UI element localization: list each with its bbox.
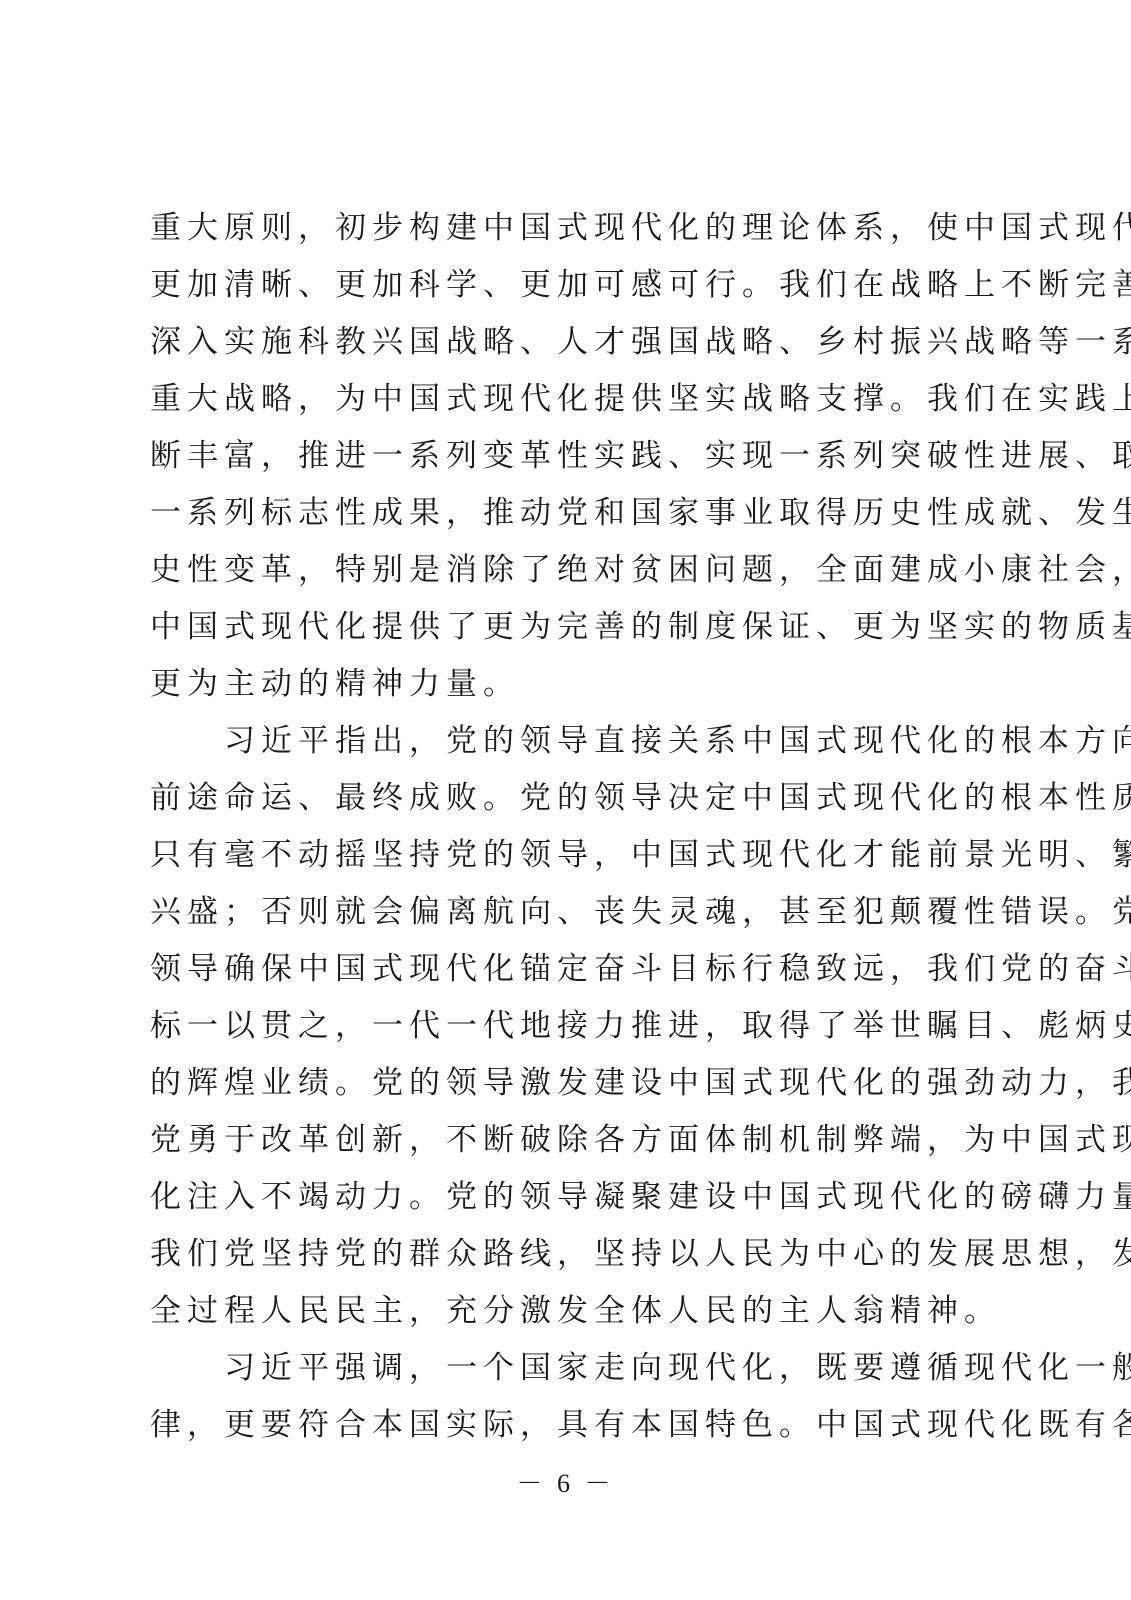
text-line: 更加清晰、更加科学、更加可感可行。我们在战略上不断完善，	[150, 260, 980, 317]
text-line: 习近平强调，一个国家走向现代化，既要遵循现代化一般规	[150, 1343, 980, 1400]
paragraph-1: 重大原则，初步构建中国式现代化的理论体系，使中国式现代化 更加清晰、更加科学、更…	[150, 203, 980, 716]
page-number: － 6 －	[0, 1463, 1131, 1500]
paragraph-3: 习近平强调，一个国家走向现代化，既要遵循现代化一般规 律，更要符合本国实际，具有…	[150, 1343, 980, 1457]
paragraph-2: 习近平指出，党的领导直接关系中国式现代化的根本方向、 前途命运、最终成败。党的领…	[150, 716, 980, 1343]
text-line: 的辉煌业绩。党的领导激发建设中国式现代化的强劲动力，我们	[150, 1058, 980, 1115]
document-page: 重大原则，初步构建中国式现代化的理论体系，使中国式现代化 更加清晰、更加科学、更…	[0, 0, 1131, 1600]
text-line: 化注入不竭动力。党的领导凝聚建设中国式现代化的磅礴力量，	[150, 1172, 980, 1229]
text-line: 标一以贯之，一代一代地接力推进，取得了举世瞩目、彪炳史册	[150, 1001, 980, 1058]
text-line: 重大原则，初步构建中国式现代化的理论体系，使中国式现代化	[150, 203, 980, 260]
text-line: 史性变革，特别是消除了绝对贫困问题，全面建成小康社会，为	[150, 545, 980, 602]
text-line: 断丰富，推进一系列变革性实践、实现一系列突破性进展、取得	[150, 431, 980, 488]
text-line: 全过程人民民主，充分激发全体人民的主人翁精神。	[150, 1286, 980, 1343]
text-line: 前途命运、最终成败。党的领导决定中国式现代化的根本性质，	[150, 773, 980, 830]
text-line: 重大战略，为中国式现代化提供坚实战略支撑。我们在实践上不	[150, 374, 980, 431]
text-line: 中国式现代化提供了更为完善的制度保证、更为坚实的物质基础、	[150, 602, 980, 659]
text-line: 更为主动的精神力量。	[150, 659, 980, 716]
text-line: 律，更要符合本国实际，具有本国特色。中国式现代化既有各国	[150, 1400, 980, 1457]
text-line: 我们党坚持党的群众路线，坚持以人民为中心的发展思想，发展	[150, 1229, 980, 1286]
text-line: 党勇于改革创新，不断破除各方面体制机制弊端，为中国式现代	[150, 1115, 980, 1172]
text-line: 深入实施科教兴国战略、人才强国战略、乡村振兴战略等一系列	[150, 317, 980, 374]
body-text: 重大原则，初步构建中国式现代化的理论体系，使中国式现代化 更加清晰、更加科学、更…	[150, 203, 980, 1457]
text-line: 习近平指出，党的领导直接关系中国式现代化的根本方向、	[150, 716, 980, 773]
text-line: 兴盛；否则就会偏离航向、丧失灵魂，甚至犯颠覆性错误。党的	[150, 887, 980, 944]
text-line: 领导确保中国式现代化锚定奋斗目标行稳致远，我们党的奋斗目	[150, 944, 980, 1001]
text-line: 一系列标志性成果，推动党和国家事业取得历史性成就、发生历	[150, 488, 980, 545]
text-line: 只有毫不动摇坚持党的领导，中国式现代化才能前景光明、繁荣	[150, 830, 980, 887]
